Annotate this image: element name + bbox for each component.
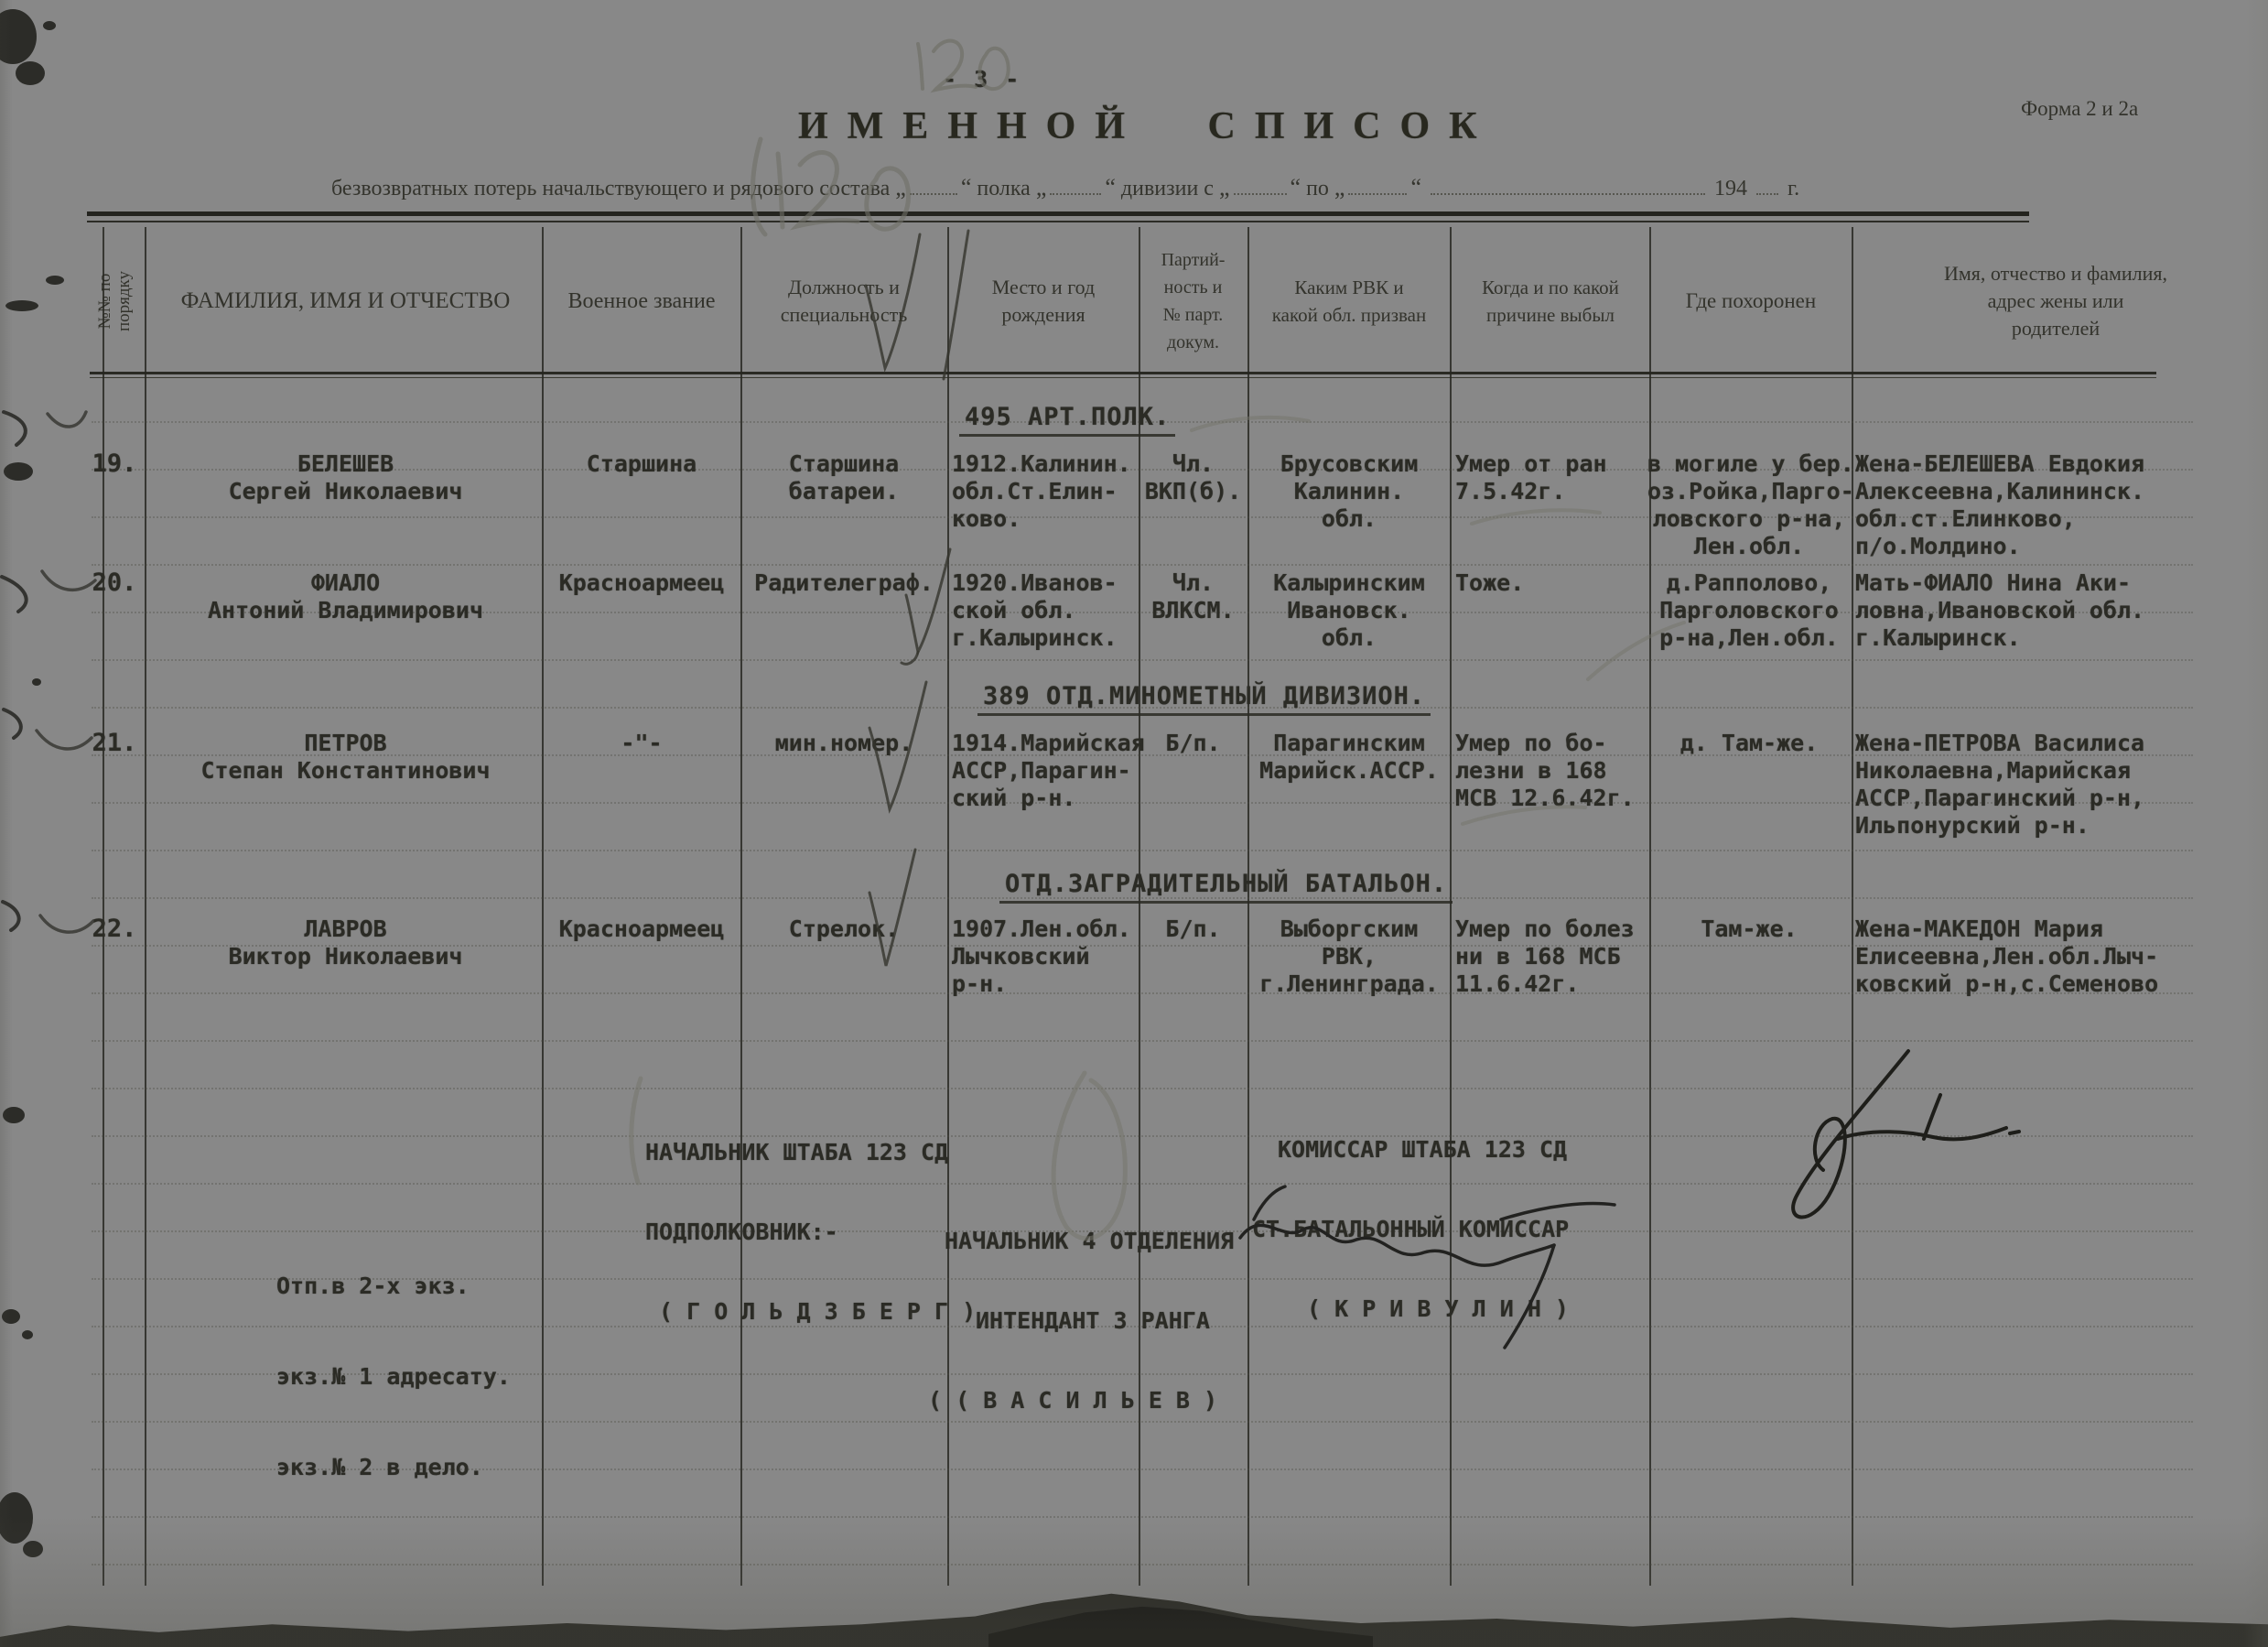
column-header-buried: Где похоронен: [1652, 231, 1850, 372]
cell-buried: в могиле у бер. оз.Ройка,Парго- ловского…: [1647, 450, 1851, 560]
cell-buried: д.Рапполово, Парголовского р-на,Лен.обл.: [1647, 569, 1851, 652]
commissar-signature-block: КОМИССАР ШТАБА 123 СД СТ.БАТАЛЬОННЫЙ КОМ…: [1252, 1083, 1569, 1375]
table-column-line: [542, 227, 544, 1586]
cell-rvk: Калыринским Ивановск. обл.: [1250, 569, 1448, 652]
cell-name: ПЕТРОВ Степан Константинович: [151, 730, 540, 785]
margin-ink-curls: [2, 412, 27, 930]
subtitle-lead: безвозвратных потерь начальствующего и р…: [331, 177, 890, 200]
open-quote: „: [1334, 174, 1345, 200]
copies-note: Отп.в 2-х экз. экз.№ 1 адресату. экз.№ 2…: [276, 1210, 511, 1543]
cell-rank: -"-: [545, 730, 739, 757]
cell-family: Жена-БЕЛЕШЕВА Евдокия Алексеевна,Калинин…: [1855, 450, 2263, 560]
column-header-rvk: Каким РВК и какой обл. призван: [1250, 231, 1448, 372]
document-subtitle: безвозвратных потерь начальствующего и р…: [331, 174, 1799, 201]
column-header-duty: Должность и специальность: [743, 231, 945, 372]
subtitle-division: дивизии с: [1121, 177, 1214, 200]
cell-num: 20.: [88, 569, 141, 597]
cell-name: ФИАЛО Антоний Владимирович: [151, 569, 540, 624]
cell-birth: 1907.Лен.обл. Лычковский р-н.: [952, 916, 1137, 998]
subtitle-po: по: [1306, 177, 1329, 200]
open-quote: „: [895, 174, 906, 200]
cell-buried: д. Там-же.: [1647, 730, 1851, 757]
cell-rvk: Парагинским Марийск.АССР.: [1250, 730, 1448, 785]
cell-birth: 1920.Иванов- ской обл. г.Калыринск.: [952, 569, 1137, 652]
cell-fate: Умер по болез ни в 168 МСБ 11.6.42г.: [1455, 916, 1647, 998]
cell-buried: Там-же.: [1647, 916, 1851, 943]
cell-num: 22.: [88, 916, 141, 943]
cell-party: Б/п.: [1140, 730, 1246, 757]
scanned-document-page: - 3 - Форма 2 и 2а ИМЕННОЙ СПИСОК безвоз…: [0, 0, 2268, 1647]
blank-leader: [1431, 175, 1705, 195]
column-header-family: Имя, отчество и фамилия, адрес жены или …: [1858, 231, 2253, 372]
krivulin-signature: [1793, 1051, 2019, 1218]
signature-line: КОМИССАР ШТАБА 123 СД: [1278, 1136, 1569, 1163]
chief-of-staff-signature-block: НАЧАЛЬНИК ШТАБА 123 СД ПОДПОЛКОВНИК:- ( …: [645, 1086, 976, 1378]
section-heading: 389 ОТД.МИНОМЕТНЫЙ ДИВИЗИОН.: [977, 682, 1431, 716]
row-tick-marks: [37, 412, 95, 932]
signature-name: ( Г О Л Ь Д З Б Е Р Г ): [659, 1298, 976, 1325]
column-header-name: ФАМИЛИЯ, ИМЯ И ОТЧЕСТВО: [151, 231, 540, 372]
ruled-dotted-line: [92, 564, 2193, 566]
ruled-dotted-line: [92, 659, 2193, 661]
cell-birth: 1914.Марийская АССР,Парагин- ский р-н.: [952, 730, 1137, 812]
subtitle-year-suffix: г.: [1787, 177, 1799, 200]
table-column-line: [1852, 227, 1853, 1586]
double-rule: [87, 211, 2029, 222]
close-quote: “: [1291, 174, 1301, 200]
blank-field: [910, 175, 957, 195]
cell-rank: Старшина: [545, 450, 739, 478]
header-bottom-rule: [90, 372, 2156, 378]
table-column-line: [740, 227, 742, 1586]
blank-field: [1050, 175, 1101, 195]
cell-party: Чл. ВЛКСМ.: [1140, 569, 1246, 624]
copies-line: экз.№ 2 в дело.: [276, 1452, 511, 1482]
signature-line: ИНТЕНДАНТ 3 РАНГА: [976, 1307, 1234, 1334]
table-column-line: [1649, 227, 1651, 1586]
cell-family: Мать-ФИАЛО Нина Аки- ловна,Ивановской об…: [1855, 569, 2263, 652]
copies-line: Отп.в 2-х экз.: [276, 1271, 511, 1301]
margin-ink-marks: [0, 9, 64, 1557]
ruled-dotted-line: [92, 1088, 2193, 1089]
close-quote: “: [961, 174, 972, 200]
cell-duty: Радителеграф.: [743, 569, 945, 597]
cell-rank: Красноармеец: [545, 916, 739, 943]
cell-fate: Умер от ран 7.5.42г.: [1455, 450, 1647, 505]
cell-name: ЛАВРОВ Виктор Николаевич: [151, 916, 540, 970]
signature-name: ( К Р И В У Л И Н ): [1307, 1295, 1569, 1322]
cell-duty: Стрелок.: [743, 916, 945, 943]
cell-rvk: Выборгским РВК, г.Ленинграда.: [1250, 916, 1448, 998]
column-header-birth: Место и год рождения: [950, 231, 1137, 372]
column-header-party: Партий- ность и № парт. докум.: [1140, 231, 1246, 372]
signature-name: ( ( В А С И Л Ь Е В ): [928, 1387, 1234, 1414]
table-column-line: [1247, 227, 1249, 1586]
ruled-dotted-line: [92, 1564, 2193, 1566]
subtitle-polka: полка: [977, 177, 1030, 200]
table-column-line: [103, 227, 104, 1586]
signature-line: НАЧАЛЬНИК 4 ОТДЕЛЕНИЯ: [945, 1228, 1234, 1254]
open-quote: „: [1219, 174, 1230, 200]
cell-fate: Умер по бо- лезни в 168 МСВ 12.6.42г.: [1455, 730, 1647, 812]
section-heading: ОТД.ЗАГРАДИТЕЛЬНЫЙ БАТАЛЬОН.: [999, 870, 1453, 904]
cell-duty: Старшина батареи.: [743, 450, 945, 505]
document-title: ИМЕННОЙ СПИСОК: [798, 104, 1496, 148]
cell-num: 19.: [88, 450, 141, 478]
cell-rank: Красноармеец: [545, 569, 739, 597]
page-number: - 3 -: [943, 66, 1021, 92]
cell-duty: мин.номер.: [743, 730, 945, 757]
section-chief-signature-block: НАЧАЛЬНИК 4 ОТДЕЛЕНИЯ ИНТЕНДАНТ 3 РАНГА …: [945, 1175, 1234, 1467]
table-column-line: [1450, 227, 1452, 1586]
ruled-dotted-line: [92, 1135, 2193, 1137]
cell-fate: Тоже.: [1455, 569, 1647, 597]
signature-line: НАЧАЛЬНИК ШТАБА 123 СД: [645, 1139, 976, 1165]
close-quote: “: [1410, 174, 1421, 200]
blank-field: [1348, 175, 1407, 195]
ruled-dotted-line: [92, 1040, 2193, 1042]
cell-family: Жена-МАКЕДОН Мария Елисеевна,Лен.обл.Лыч…: [1855, 916, 2263, 998]
ruled-dotted-line: [92, 850, 2193, 851]
subtitle-year: 194: [1714, 177, 1747, 200]
signature-line: СТ.БАТАЛЬОННЫЙ КОМИССАР: [1252, 1216, 1569, 1242]
blank-field: [1756, 175, 1778, 195]
open-quote: „: [1036, 174, 1047, 200]
column-header-rank: Военное звание: [545, 231, 739, 372]
section-heading: 495 АРТ.ПОЛК.: [959, 403, 1175, 437]
close-quote: “: [1105, 174, 1116, 200]
copies-line: экз.№ 1 адресату.: [276, 1361, 511, 1392]
column-header-num: №№ по порядку: [84, 231, 145, 372]
cell-family: Жена-ПЕТРОВА Василиса Николаевна,Марийск…: [1855, 730, 2263, 840]
cell-party: Б/п.: [1140, 916, 1246, 943]
cell-birth: 1912.Калинин. обл.Ст.Елин- ково.: [952, 450, 1137, 533]
cell-num: 21.: [88, 730, 141, 757]
column-header-fate: Когда и по какой причине выбыл: [1453, 231, 1647, 372]
signature-line: ПОДПОЛКОВНИК:-: [645, 1219, 976, 1245]
cell-name: БЕЛЕШЕВ Сергей Николаевич: [151, 450, 540, 505]
cell-rvk: Брусовским Калинин. обл.: [1250, 450, 1448, 533]
blank-field: [1234, 175, 1287, 195]
table-column-line: [145, 227, 146, 1586]
form-label: Форма 2 и 2а: [2021, 97, 2138, 121]
cell-party: Чл. ВКП(б).: [1140, 450, 1246, 505]
